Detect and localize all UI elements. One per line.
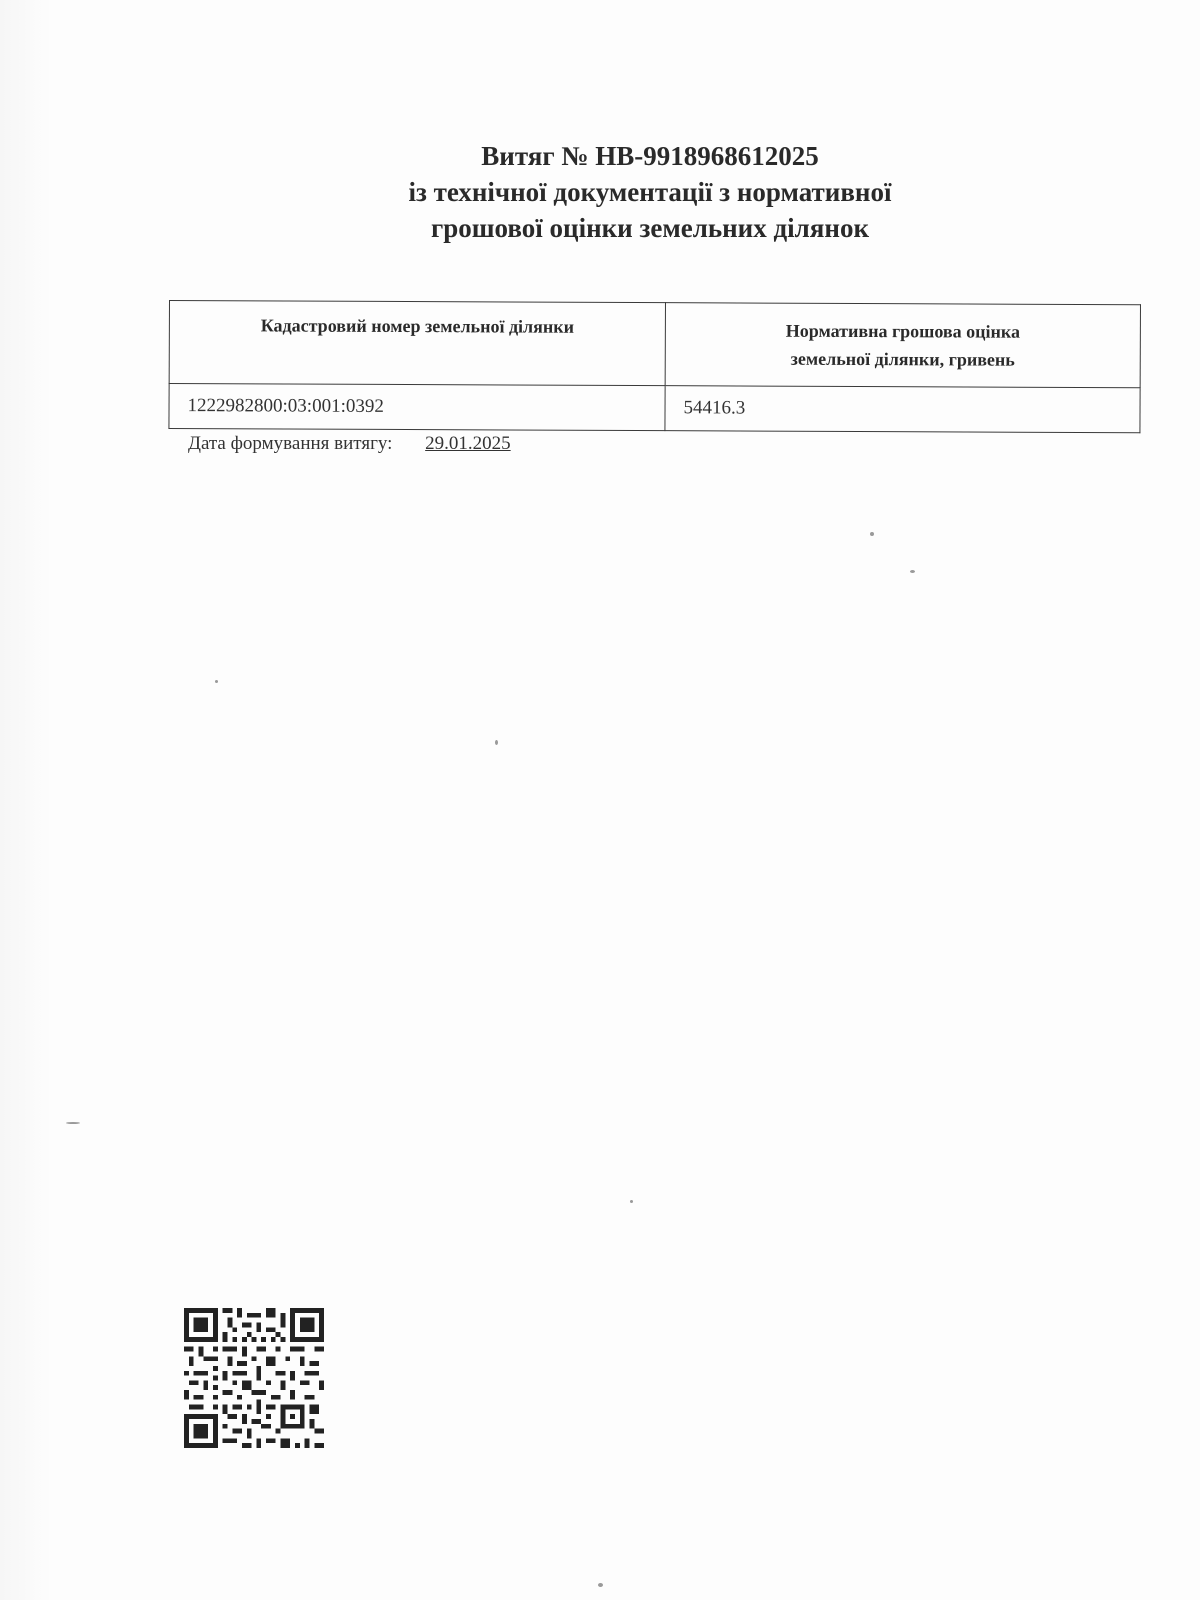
date-label: Дата формування витягу: <box>188 433 392 454</box>
title-line-1: Витяг № НВ-9918968612025 <box>300 138 1000 174</box>
table-header-row: Кадастровий номер земельної ділянки Норм… <box>169 301 1140 388</box>
document-title: Витяг № НВ-9918968612025 із технічної до… <box>300 138 1000 246</box>
table-row: 1222982800:03:001:0392 54416.3 <box>169 384 1140 433</box>
header-valuation-line-2: земельної ділянки, гривень <box>676 344 1130 374</box>
scan-speck <box>495 740 498 745</box>
qr-code-icon <box>184 1308 324 1448</box>
scan-speck <box>910 570 915 573</box>
scan-speck <box>215 680 218 683</box>
extract-date: Дата формування витягу: 29.01.2025 <box>188 433 511 455</box>
scan-speck <box>598 1583 603 1587</box>
header-valuation: Нормативна грошова оцінка земельної діля… <box>665 303 1140 388</box>
header-valuation-line-1: Нормативна грошова оцінка <box>676 316 1130 346</box>
scan-speck <box>66 1122 80 1124</box>
header-cadastral-number: Кадастровий номер земельної ділянки <box>169 301 665 386</box>
title-line-3: грошової оцінки земельних ділянок <box>300 210 1000 246</box>
cadastral-number-cell: 1222982800:03:001:0392 <box>169 384 665 431</box>
valuation-cell: 54416.3 <box>665 386 1140 433</box>
scan-speck <box>870 532 874 536</box>
scan-speck <box>630 1200 633 1203</box>
valuation-table: Кадастровий номер земельної ділянки Норм… <box>168 300 1141 433</box>
date-value: 29.01.2025 <box>425 433 511 454</box>
page-edge <box>0 0 52 1600</box>
title-line-2: із технічної документації з нормативної <box>300 174 1000 210</box>
